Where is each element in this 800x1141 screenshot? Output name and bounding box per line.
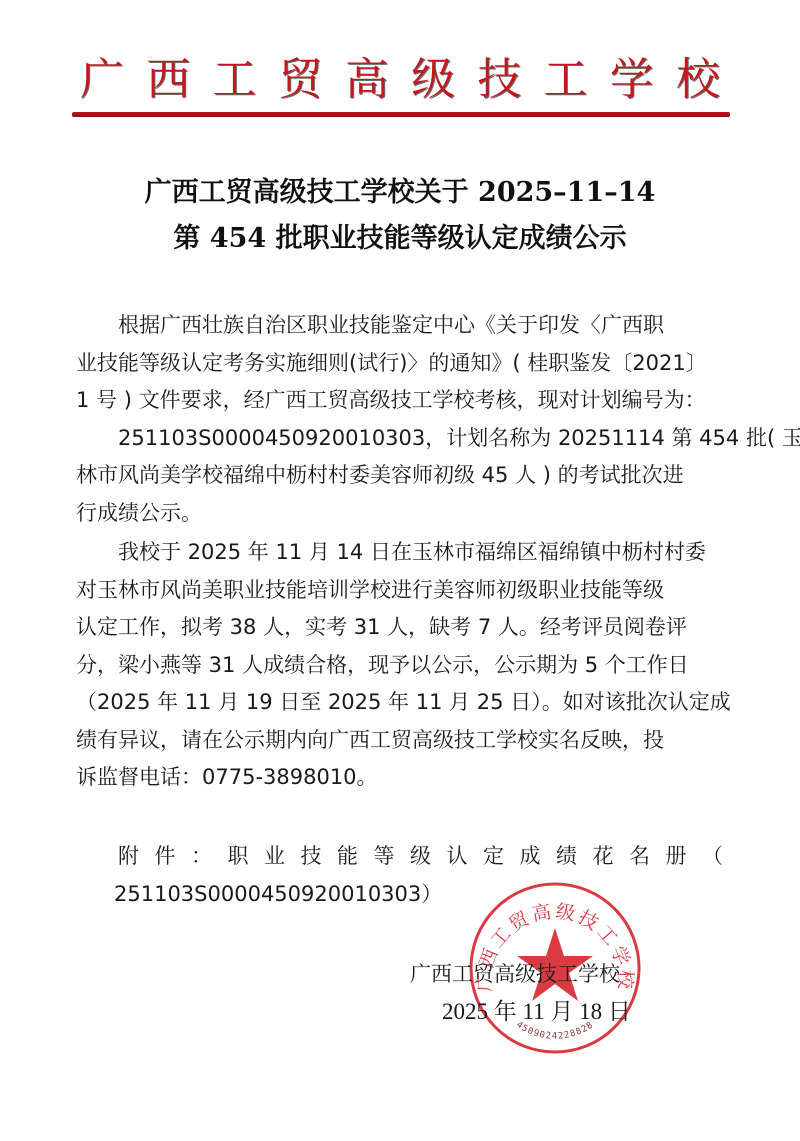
letterhead-char: 工 (544, 58, 588, 102)
title-line-1: 广西工贸高级技工学校关于 2025–11–14 (0, 170, 800, 216)
paragraph-line: 认定工作，拟考 38 人，实考 31 人，缺考 7 人。经考评员阅卷评 (76, 609, 726, 647)
letterhead-char: 广 (80, 58, 124, 102)
letterhead-char: 西 (146, 58, 190, 102)
paragraph-line: 绩有异议，请在公示期内向广西工贸高级技工学校实名反映，投 (76, 722, 726, 760)
title-line-2: 第 454 批职业技能等级认定成绩公示 (0, 216, 800, 262)
paragraph-line: 分，梁小燕等 31 人成绩合格，现予以公示，公示期为 5 个工作日 (76, 647, 726, 685)
paragraph-1: 根据广西壮族自治区职业技能鉴定中心《关于印发〈广西职 业技能等级认定考务实施细则… (76, 307, 726, 532)
paragraph-line: 251103S0000450920010303，计划名称为 20251114 第… (76, 420, 726, 458)
signature-date: 2025 年 11 月 18 日 (410, 993, 631, 1031)
paragraph-line: 业技能等级认定考务实施细则(试行)〉的通知》( 桂职鉴发〔2021〕 (76, 345, 726, 383)
letterhead-char: 校 (676, 58, 720, 102)
letterhead-divider (72, 112, 730, 117)
letterhead: 广 西 工 贸 高 级 技 工 学 校 (72, 52, 730, 108)
letterhead-char: 学 (610, 58, 654, 102)
letterhead-char: 工 (212, 58, 256, 102)
paragraph-line: 1 号 ) 文件要求，经广西工贸高级技工学校考核，现对计划编号为： (76, 382, 726, 420)
letterhead-char: 级 (411, 58, 455, 102)
signature-block: 广西工贸高级技工学校 2025 年 11 月 18 日 (410, 955, 631, 1031)
paragraph-line: 根据广西壮族自治区职业技能鉴定中心《关于印发〈广西职 (76, 307, 726, 345)
attachment-line-1: 附件：职业技能等级认定成绩花名册（ (76, 838, 726, 876)
paragraph-line: （2025 年 11 月 19 日至 2025 年 11 月 25 日）。如对该… (76, 684, 726, 722)
document-title: 广西工贸高级技工学校关于 2025–11–14 第 454 批职业技能等级认定成… (0, 170, 800, 262)
paragraph-line: 诉监督电话：0775-3898010。 (76, 759, 726, 797)
paragraph-line: 行成绩公示。 (76, 495, 726, 533)
paragraph-line: 林市风尚美学校福绵中枥村村委美容师初级 45 人 ) 的考试批次进 (76, 457, 726, 495)
letterhead-char: 贸 (279, 58, 323, 102)
letterhead-char: 高 (345, 58, 389, 102)
letterhead-char: 技 (477, 58, 521, 102)
signature-org: 广西工贸高级技工学校 (410, 955, 631, 993)
paragraph-line: 对玉林市风尚美职业技能培训学校进行美容师初级职业技能等级 (76, 572, 726, 610)
paragraph-2: 我校于 2025 年 11 月 14 日在玉林市福绵区福绵镇中枥村村委 对玉林市… (76, 534, 726, 797)
paragraph-line: 我校于 2025 年 11 月 14 日在玉林市福绵区福绵镇中枥村村委 (76, 534, 726, 572)
